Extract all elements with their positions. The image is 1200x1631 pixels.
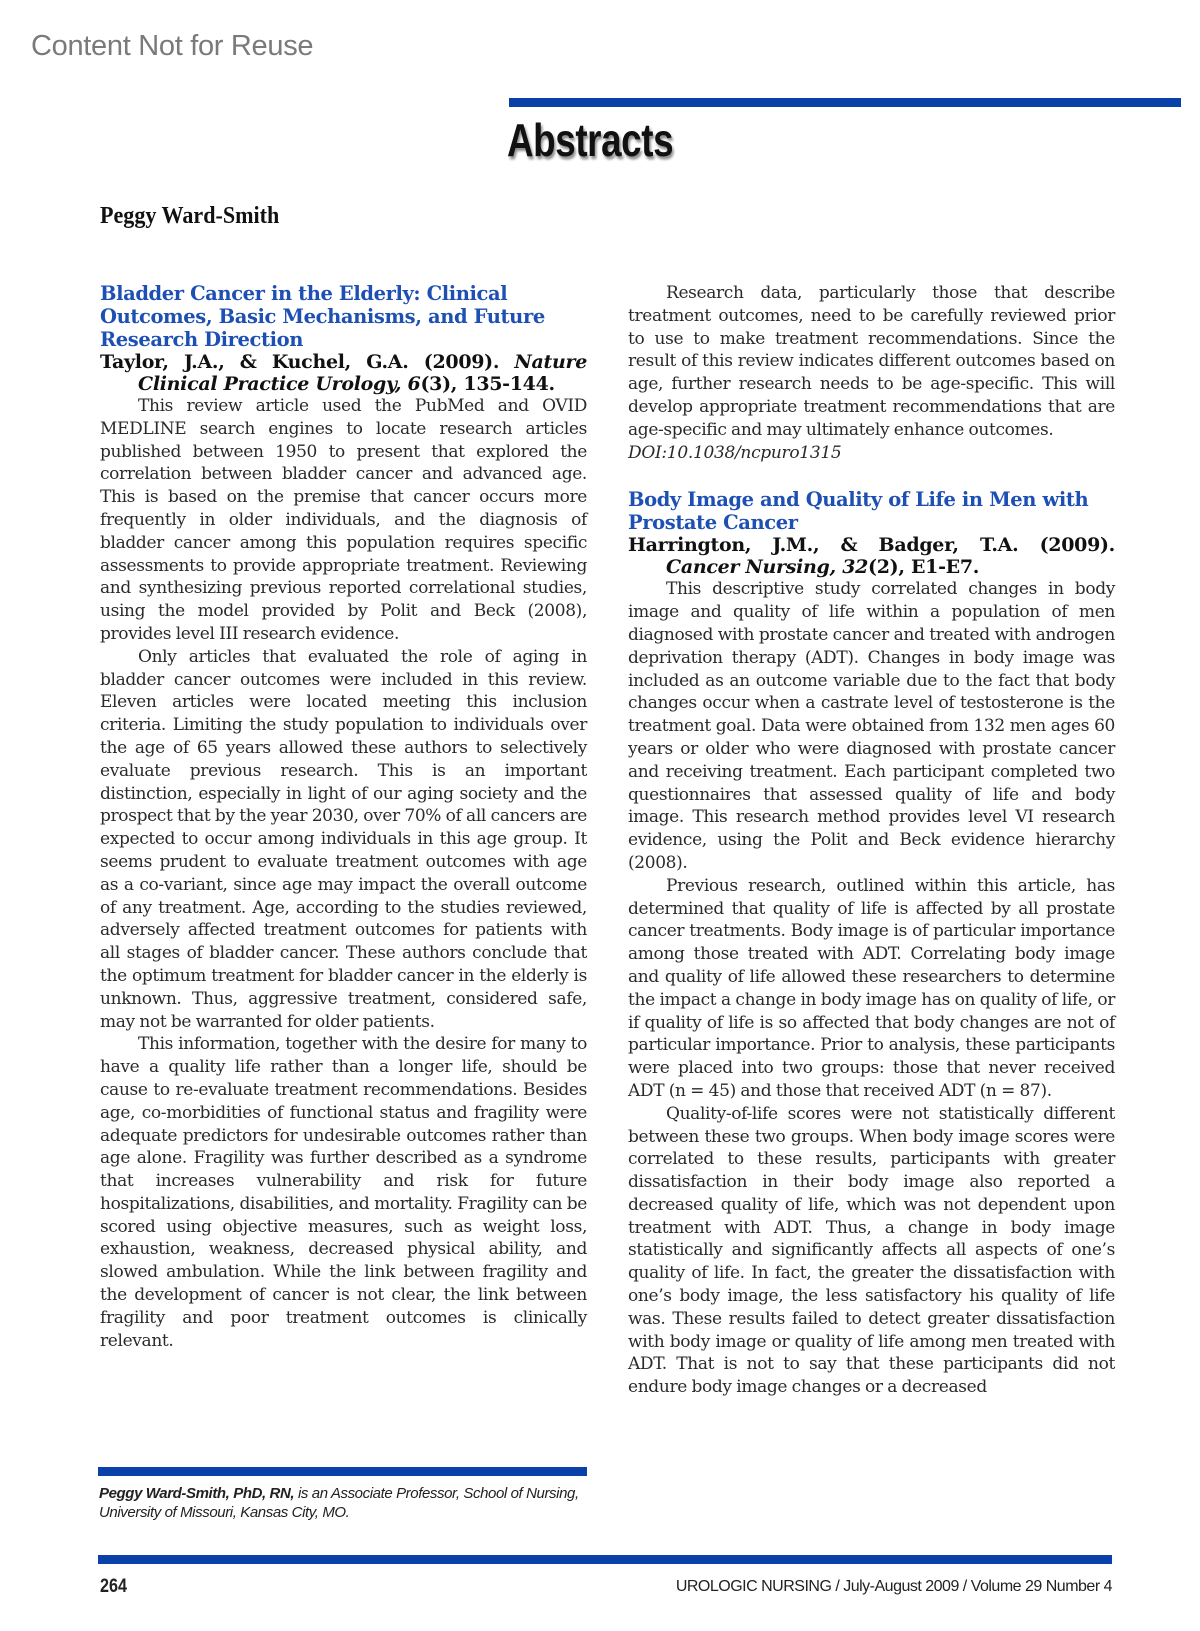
article-paragraph: This descriptive study correlated change… [628,578,1115,874]
running-footer: UROLOGIC NURSING / July-August 2009 / Vo… [676,1578,1112,1596]
citation-volume: 6 [408,373,421,395]
watermark: Content Not for Reuse [31,30,313,63]
byline: Peggy Ward-Smith [100,203,279,230]
article-paragraph: Research data, particularly those that d… [628,282,1115,442]
page-title: Abstracts [507,113,673,167]
footer-rule [98,1555,1112,1564]
page-number: 264 [100,1576,127,1598]
doi-link[interactable]: DOI:10.1038/ncpuro1315 [628,442,1115,465]
citation-pages: (2), E1-E7. [868,556,979,578]
article-paragraph: Only articles that evaluated the role of… [100,646,587,1034]
left-column: Bladder Cancer in the Elderly: Clinical … [100,282,587,1352]
citation-pages: (3), 135-144. [420,373,554,395]
article-paragraph: Previous research, outlined within this … [628,875,1115,1103]
article-title: Body Image and Quality of Life in Men wi… [628,488,1115,534]
citation: Harrington, J.M., & Badger, T.A. (2009).… [628,534,1115,578]
article-paragraph: This information, together with the desi… [100,1033,587,1352]
author-bio: Peggy Ward-Smith, PhD, RN, is an Associa… [99,1484,599,1522]
citation-volume: 32 [842,556,868,578]
right-column: Research data, particularly those that d… [628,282,1115,1399]
article-paragraph: This review article used the PubMed and … [100,395,587,646]
citation: Taylor, J.A., & Kuchel, G.A. (2009). Nat… [100,351,587,395]
citation-journal: Cancer Nursing, [666,556,836,578]
bio-rule [98,1467,587,1476]
citation-authors: Taylor, J.A., & Kuchel, G.A. (2009). [100,351,499,373]
header-rule [509,98,1181,107]
article-paragraph: Quality-of-life scores were not statisti… [628,1103,1115,1399]
citation-authors: Harrington, J.M., & Badger, T.A. (2009). [628,534,1115,556]
article-title: Bladder Cancer in the Elderly: Clinical … [100,282,587,351]
author-bio-name: Peggy Ward-Smith, PhD, RN, [99,1485,294,1502]
